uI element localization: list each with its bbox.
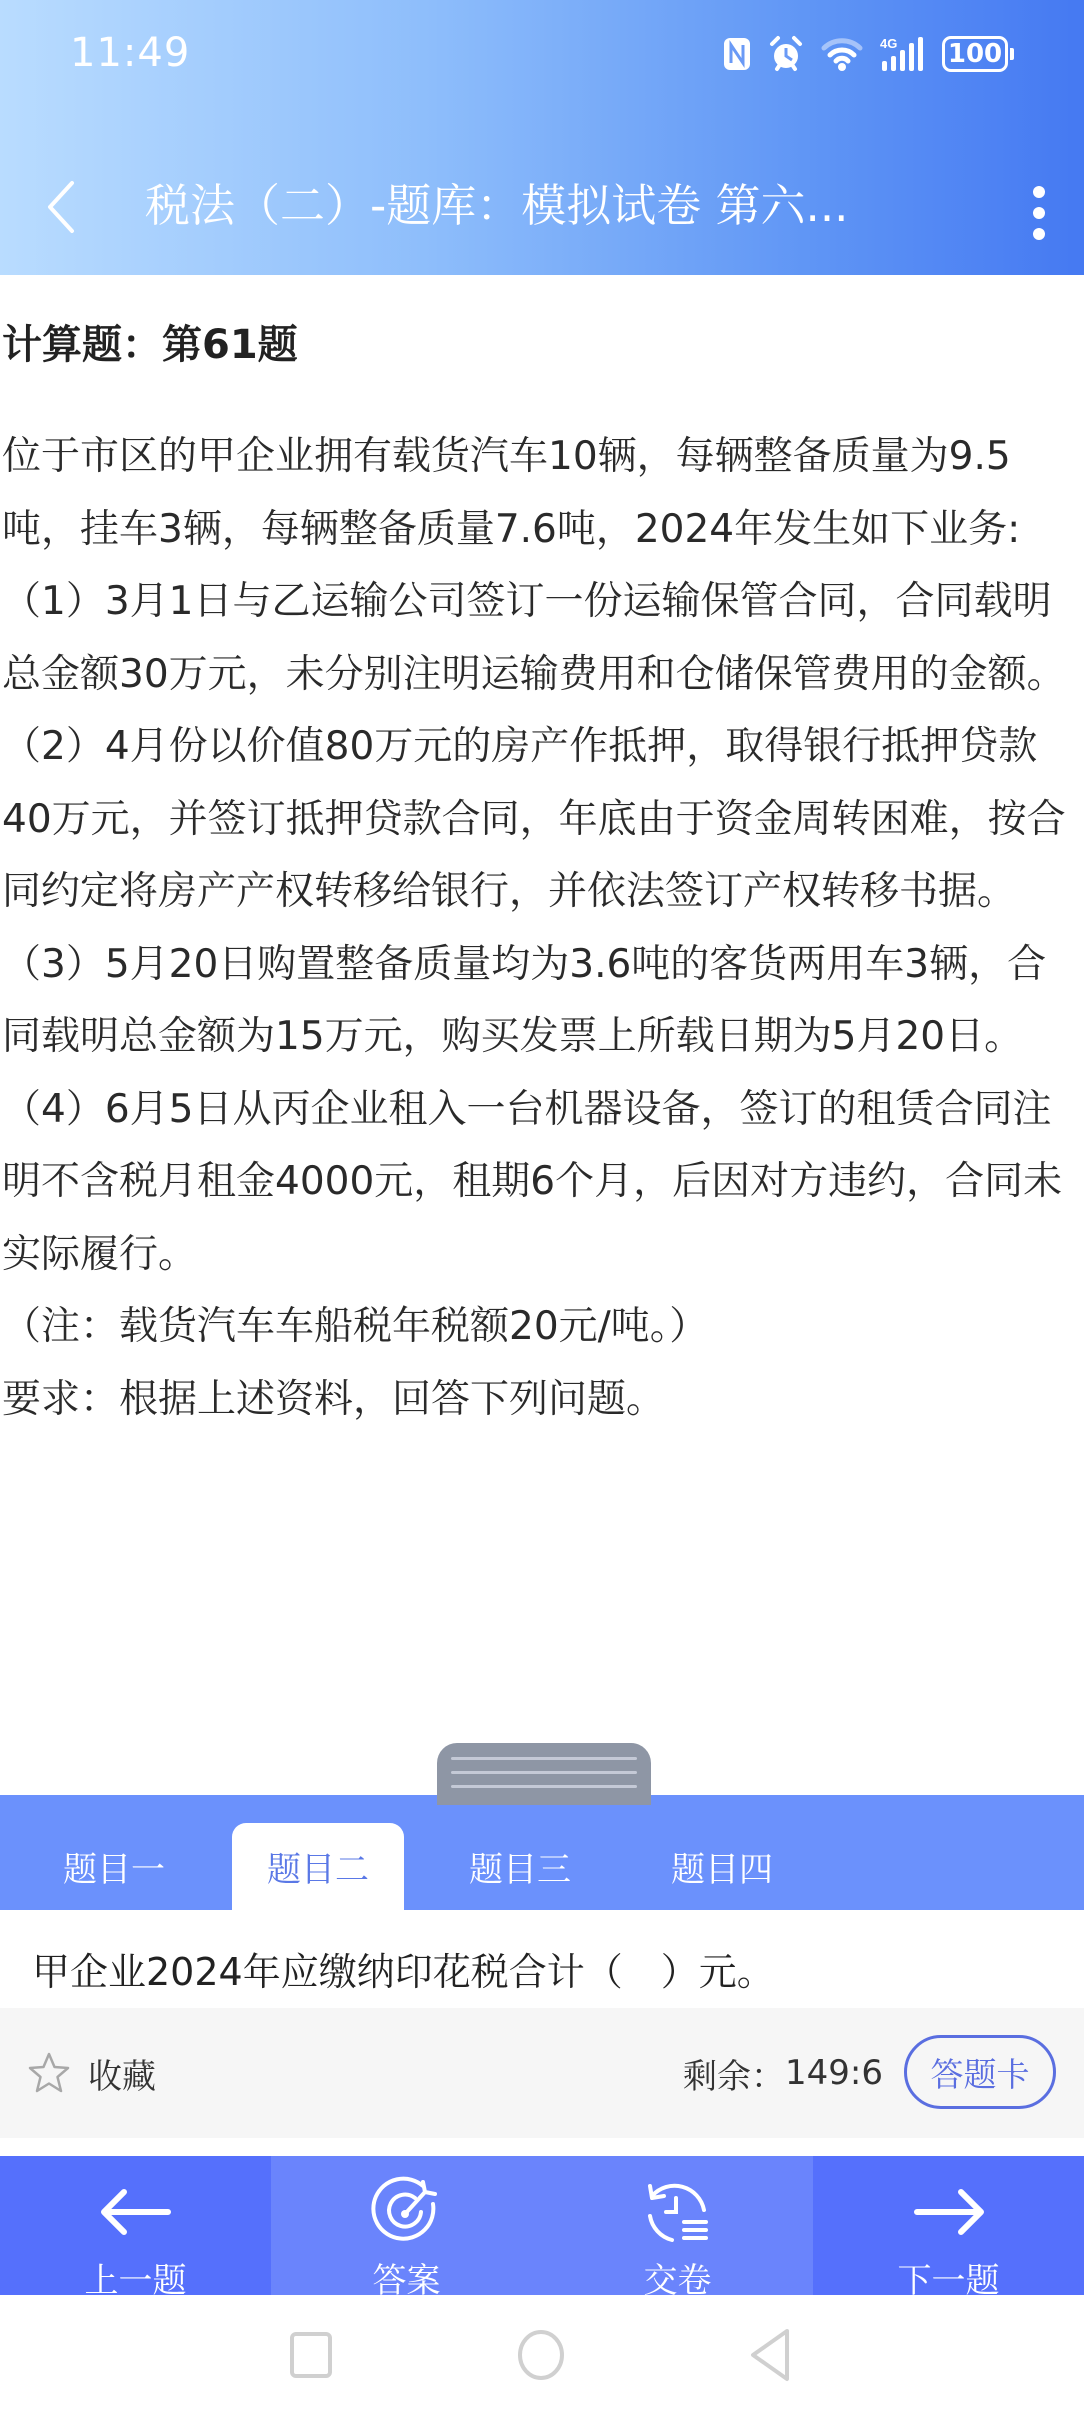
- answer-label: 答案: [271, 2256, 542, 2295]
- remaining-time: 剩余： 149:6: [683, 2048, 883, 2098]
- question-item: （2）4月份以价值80万元的房产作抵押，取得银行抵押贷款40万元，并签订抵押贷款…: [2, 711, 1082, 929]
- drag-handle-line: [451, 1757, 637, 1760]
- battery-icon: 100: [942, 36, 1014, 72]
- question-intro: 位于市区的甲企业拥有载货汽车10辆，每辆整备质量为9.5吨，挂车3辆，每辆整备质…: [2, 421, 1082, 566]
- system-navigation-bar: [0, 2295, 1084, 2412]
- submit-paper-label: 交卷: [542, 2256, 813, 2295]
- recent-apps-button[interactable]: [281, 2325, 341, 2385]
- status-bar: 11:49 4G 100: [0, 0, 1084, 110]
- bottom-nav: 上一题 答案 交卷 下一题: [0, 2156, 1084, 2295]
- alarm-icon: [768, 35, 804, 73]
- next-question-label: 下一题: [813, 2256, 1084, 2295]
- arrow-right-icon: [909, 2172, 989, 2252]
- battery-tip: [1010, 48, 1014, 60]
- tab-question-1[interactable]: 题目一: [28, 1823, 200, 1910]
- favorite-button[interactable]: 收藏: [26, 2048, 156, 2098]
- prev-question-button[interactable]: 上一题: [0, 2156, 271, 2295]
- wifi-icon: [820, 36, 864, 72]
- star-icon: [26, 2050, 72, 2096]
- top-header-area: 11:49 4G 100: [0, 0, 1084, 275]
- arrow-left-icon: [96, 2172, 176, 2252]
- answer-button[interactable]: 答案: [271, 2156, 542, 2295]
- prev-question-label: 上一题: [0, 2256, 271, 2295]
- remaining-time-value: 149:6: [785, 2053, 883, 2093]
- square-icon: [288, 2330, 334, 2380]
- tab-question-3[interactable]: 题目三: [434, 1823, 606, 1910]
- submit-paper-button[interactable]: 交卷: [542, 2156, 813, 2295]
- tab-question-2[interactable]: 题目二: [232, 1823, 404, 1910]
- chevron-left-icon: [40, 177, 80, 237]
- question-note: （注：载货汽车车船税年税额20元/吨。）: [2, 1291, 1082, 1364]
- target-icon: [367, 2172, 447, 2252]
- drag-handle[interactable]: [437, 1743, 651, 1805]
- tab-question-4[interactable]: 题目四: [636, 1823, 808, 1910]
- submit-history-icon: [638, 2172, 718, 2252]
- favorite-label: 收藏: [88, 2049, 156, 2098]
- more-vertical-icon-dot: [1033, 228, 1045, 240]
- status-icons: 4G 100: [722, 34, 1014, 74]
- next-question-button[interactable]: 下一题: [813, 2156, 1084, 2295]
- sub-question-tabs: 题目一 题目二 题目三 题目四: [0, 1795, 1084, 1910]
- more-options-button[interactable]: [1014, 178, 1064, 248]
- action-bar: 收藏 剩余： 149:6 答题卡: [0, 2008, 1084, 2138]
- status-time: 11:49: [70, 30, 190, 76]
- remaining-label: 剩余：: [683, 2049, 785, 2098]
- app-header: 税法（二）-题库：模拟试卷 第六...: [0, 150, 1084, 270]
- more-vertical-icon-dot: [1033, 186, 1045, 198]
- 4g-signal-icon: 4G: [880, 35, 926, 73]
- home-button[interactable]: [511, 2325, 571, 2385]
- circle-icon: [516, 2328, 566, 2382]
- battery-level: 100: [942, 36, 1008, 72]
- page-title: 税法（二）-题库：模拟试卷 第六...: [145, 176, 925, 236]
- question-item: （4）6月5日从丙企业租入一台机器设备，签订的租赁合同注明不含税月租金4000元…: [2, 1074, 1082, 1292]
- back-button[interactable]: [30, 172, 90, 242]
- screen: 11:49 4G 100: [0, 0, 1084, 2412]
- question-title: 计算题：第61题: [2, 315, 298, 375]
- question-item: （3）5月20日购置整备质量均为3.6吨的客货两用车3辆，合同载明总金额为15万…: [2, 929, 1082, 1074]
- sub-question-text: 甲企业2024年应缴纳印花税合计（ ）元。: [32, 1942, 775, 2002]
- question-item: （1）3月1日与乙运输公司签订一份运输保管合同，合同载明总金额30万元，未分别注…: [2, 566, 1082, 711]
- triangle-back-icon: [747, 2327, 793, 2383]
- drag-handle-line: [451, 1785, 637, 1788]
- nfc-icon: [722, 36, 752, 72]
- drag-handle-line: [451, 1771, 637, 1774]
- svg-text:4G: 4G: [880, 36, 897, 51]
- question-body: 位于市区的甲企业拥有载货汽车10辆，每辆整备质量为9.5吨，挂车3辆，每辆整备质…: [2, 421, 1082, 1436]
- system-back-button[interactable]: [740, 2325, 800, 2385]
- more-vertical-icon-dot: [1033, 207, 1045, 219]
- question-requirement: 要求：根据上述资料，回答下列问题。: [2, 1364, 1082, 1437]
- answer-card-button[interactable]: 答题卡: [904, 2035, 1056, 2109]
